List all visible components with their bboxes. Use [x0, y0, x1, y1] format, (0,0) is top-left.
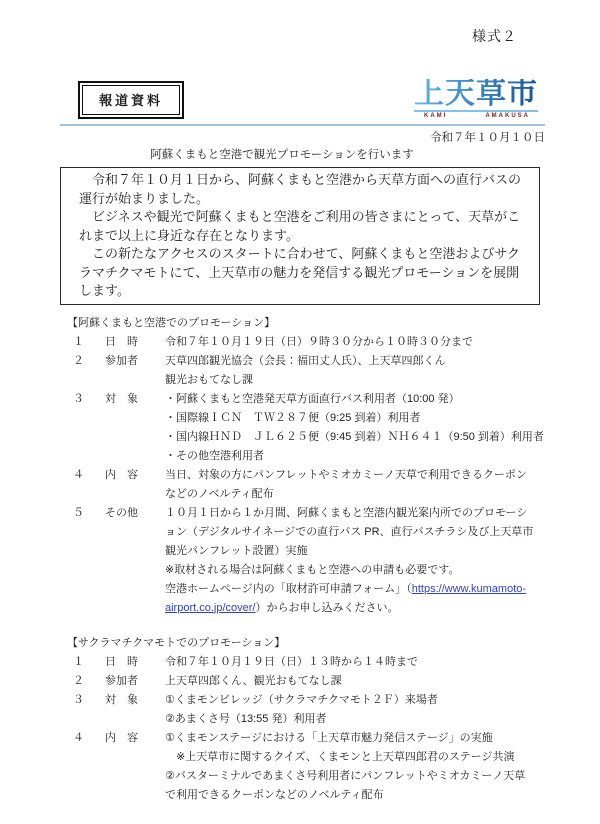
item-number: ２ — [73, 352, 105, 390]
content-line-with-link: airport.co.jp/cover/）からお申し込みください。 — [165, 599, 560, 618]
list-item-other: ５ その他 １０月１日から１か月間、阿蘇くまもと空港内観光案内所でのプロモーシ … — [73, 504, 560, 618]
item-label: 日 時 — [105, 333, 165, 352]
content-line: 当日、対象の方にパンフレットやミオカミーノ天草で利用できるクーポン — [165, 466, 560, 485]
intro-line: 運行が始まりました。 — [79, 190, 525, 209]
item-content: 令和７年１０月１９日（日）９時３０分から１０時３０分まで — [165, 333, 560, 352]
item-label: 対 象 — [105, 691, 165, 729]
intro-line: します。 — [79, 282, 525, 301]
content-line: ・国内線ＨＮＤ ＪＬ６２５便（9:45 到着）ＮＨ６４１（9:50 到着）利用者 — [165, 428, 560, 447]
external-link-airport-form[interactable]: https://www.kumamoto- — [412, 583, 526, 595]
intro-summary-box: 令和７年１０月１日から、阿蘇くまもと空港から天草方面への直行バスの 運行が始まり… — [60, 167, 540, 305]
content-line: ①くまモンステージにおける「上天草市魅力発信ステージ」の実施 — [165, 729, 560, 748]
section-heading-airport: 【阿蘇くまもと空港でのプロモーション】 — [67, 314, 560, 333]
sakuramachi-promotion-section: 【サクラマチクマモトでのプロモーション】 １ 日 時 令和７年１０月１９日（日）… — [67, 634, 560, 805]
press-release-page: 様式２ 報道資料 上天草市 KAMI AMAKUSA 令和７年１０月１０日 阿蘇… — [0, 0, 600, 824]
header-row: 報道資料 上天草市 KAMI AMAKUSA — [78, 79, 538, 119]
press-material-box: 報道資料 — [78, 81, 184, 119]
item-content: 令和７年１０月１９日（日）１３時から１４時まで — [165, 653, 560, 672]
list-item-datetime: １ 日 時 令和７年１０月１９日（日）９時３０分から１０時３０分まで — [73, 333, 560, 352]
item-content: 当日、対象の方にパンフレットやミオカミーノ天草で利用できるクーポン などのノベル… — [165, 466, 560, 504]
city-logo-sub-kami: KAMI — [424, 113, 447, 119]
intro-line: ラマチクマモトにて、上天草市の魅力を発信する観光プロモーションを展開 — [79, 264, 525, 283]
item-content: ・阿蘇くまもと空港発天草方面直行バス利用者（10:00 発） ・国際線ＩＣＮ Ｔ… — [165, 390, 560, 466]
list-item-target: ３ 対 象 ①くまモンビレッジ（サクラマチクマモト２Ｆ）来場者 ②あまくさ号（1… — [73, 691, 560, 729]
content-line: ・その他空港利用者 — [165, 447, 560, 466]
intro-line: ビジネスや観光で阿蘇くまもと空港をご利用の皆さまにとって、天草がこ — [79, 208, 525, 227]
form-line-prefix: 空港ホームページ内の「取材許可申請フォーム」（ — [165, 583, 412, 595]
city-logo: 上天草市 KAMI AMAKUSA — [414, 79, 538, 119]
content-line: 天草四郎観光協会（会長：福田丈人氏）、上天草四郎くん — [165, 352, 560, 371]
press-material-label: 報道資料 — [82, 85, 180, 115]
list-item-details: ４ 内 容 ①くまモンステージにおける「上天草市魅力発信ステージ」の実施 ※上天… — [73, 729, 560, 805]
item-number: １ — [73, 653, 105, 672]
item-number: ４ — [73, 729, 105, 805]
item-label: 内 容 — [105, 729, 165, 805]
content-line: 観光おもてなし課 — [165, 371, 560, 390]
item-number: ２ — [73, 672, 105, 691]
content-line: ②バスターミナルであまくさ号利用者にパンフレットやミオカミーノ天草 — [165, 767, 560, 786]
content-line: ※取材される場合は阿蘇くまもと空港への申請も必要です。 — [165, 561, 560, 580]
content-line: ①くまモンビレッジ（サクラマチクマモト２Ｆ）来場者 — [165, 691, 560, 710]
content-line: ョン（デジタルサイネージでの直行バス PR、直行バスチラシ及び上天草市 — [165, 523, 560, 542]
content-line: 上天草四郎くん、観光おもてなし課 — [165, 672, 560, 691]
content-line: ・阿蘇くまもと空港発天草方面直行バス利用者（10:00 発） — [165, 390, 560, 409]
item-label: その他 — [105, 504, 165, 618]
content-line: で利用できるクーポンなどのノベルティ配布 — [165, 786, 560, 805]
form-number-label: 様式２ — [0, 0, 600, 46]
airport-promotion-section: 【阿蘇くまもと空港でのプロモーション】 １ 日 時 令和７年１０月１９日（日）９… — [67, 314, 560, 618]
item-number: １ — [73, 333, 105, 352]
list-item-participants: ２ 参加者 上天草四郎くん、観光おもてなし課 — [73, 672, 560, 691]
list-item-target: ３ 対 象 ・阿蘇くまもと空港発天草方面直行バス利用者（10:00 発） ・国際… — [73, 390, 560, 466]
intro-line: この新たなアクセスのスタートに合わせて、阿蘇くまもと空港およびサク — [79, 245, 525, 264]
item-label: 参加者 — [105, 352, 165, 390]
content-line: 観光パンフレット設置）実施 — [165, 542, 560, 561]
content-line: ※上天草市に関するクイズ、くまモンと上天草四郎君のステージ共演 — [165, 748, 560, 767]
city-logo-text: 上天草市 — [414, 79, 538, 109]
item-label: 対 象 — [105, 390, 165, 466]
issue-date: 令和７年１０月１０日 — [0, 126, 600, 145]
intro-line: れまで以上に身近な存在となります。 — [79, 227, 525, 246]
item-number: ３ — [73, 691, 105, 729]
list-item-details: ４ 内 容 当日、対象の方にパンフレットやミオカミーノ天草で利用できるクーポン … — [73, 466, 560, 504]
item-label: 内 容 — [105, 466, 165, 504]
item-content: ①くまモンビレッジ（サクラマチクマモト２Ｆ）来場者 ②あまくさ号（13:55 発… — [165, 691, 560, 729]
list-item-datetime: １ 日 時 令和７年１０月１９日（日）１３時から１４時まで — [73, 653, 560, 672]
list-item-participants: ２ 参加者 天草四郎観光協会（会長：福田丈人氏）、上天草四郎くん 観光おもてなし… — [73, 352, 560, 390]
item-number: ３ — [73, 390, 105, 466]
item-label: 日 時 — [105, 653, 165, 672]
content-line: 令和７年１０月１９日（日）１３時から１４時まで — [165, 653, 560, 672]
item-number: ５ — [73, 504, 105, 618]
intro-line: 令和７年１０月１日から、阿蘇くまもと空港から天草方面への直行バスの — [79, 171, 525, 190]
section-heading-sakuramachi: 【サクラマチクマモトでのプロモーション】 — [67, 634, 560, 653]
content-line-with-link: 空港ホームページ内の「取材許可申請フォーム」（https://www.kumam… — [165, 580, 560, 599]
item-content: １０月１日から１か月間、阿蘇くまもと空港内観光案内所でのプロモーシ ョン（デジタ… — [165, 504, 560, 618]
item-content: 天草四郎観光協会（会長：福田丈人氏）、上天草四郎くん 観光おもてなし課 — [165, 352, 560, 390]
form-line-suffix: ）からお申し込みください。 — [255, 602, 398, 614]
item-content: ①くまモンステージにおける「上天草市魅力発信ステージ」の実施 ※上天草市に関する… — [165, 729, 560, 805]
content-line: １０月１日から１か月間、阿蘇くまもと空港内観光案内所でのプロモーシ — [165, 504, 560, 523]
city-logo-subtitle: KAMI AMAKUSA — [414, 110, 538, 119]
content-line: ・国際線ＩＣＮ ＴＷ２８７便（9:25 到着）利用者 — [165, 409, 560, 428]
external-link-airport-form[interactable]: airport.co.jp/cover/ — [165, 602, 255, 614]
content-line: 令和７年１０月１９日（日）９時３０分から１０時３０分まで — [165, 333, 560, 352]
content-line: などのノベルティ配布 — [165, 485, 560, 504]
content-line: ②あまくさ号（13:55 発）利用者 — [165, 710, 560, 729]
page-title: 阿蘇くまもと空港で観光プロモーションを行います — [0, 146, 600, 162]
city-logo-sub-amakusa: AMAKUSA — [485, 113, 530, 119]
item-number: ４ — [73, 466, 105, 504]
item-label: 参加者 — [105, 672, 165, 691]
item-content: 上天草四郎くん、観光おもてなし課 — [165, 672, 560, 691]
